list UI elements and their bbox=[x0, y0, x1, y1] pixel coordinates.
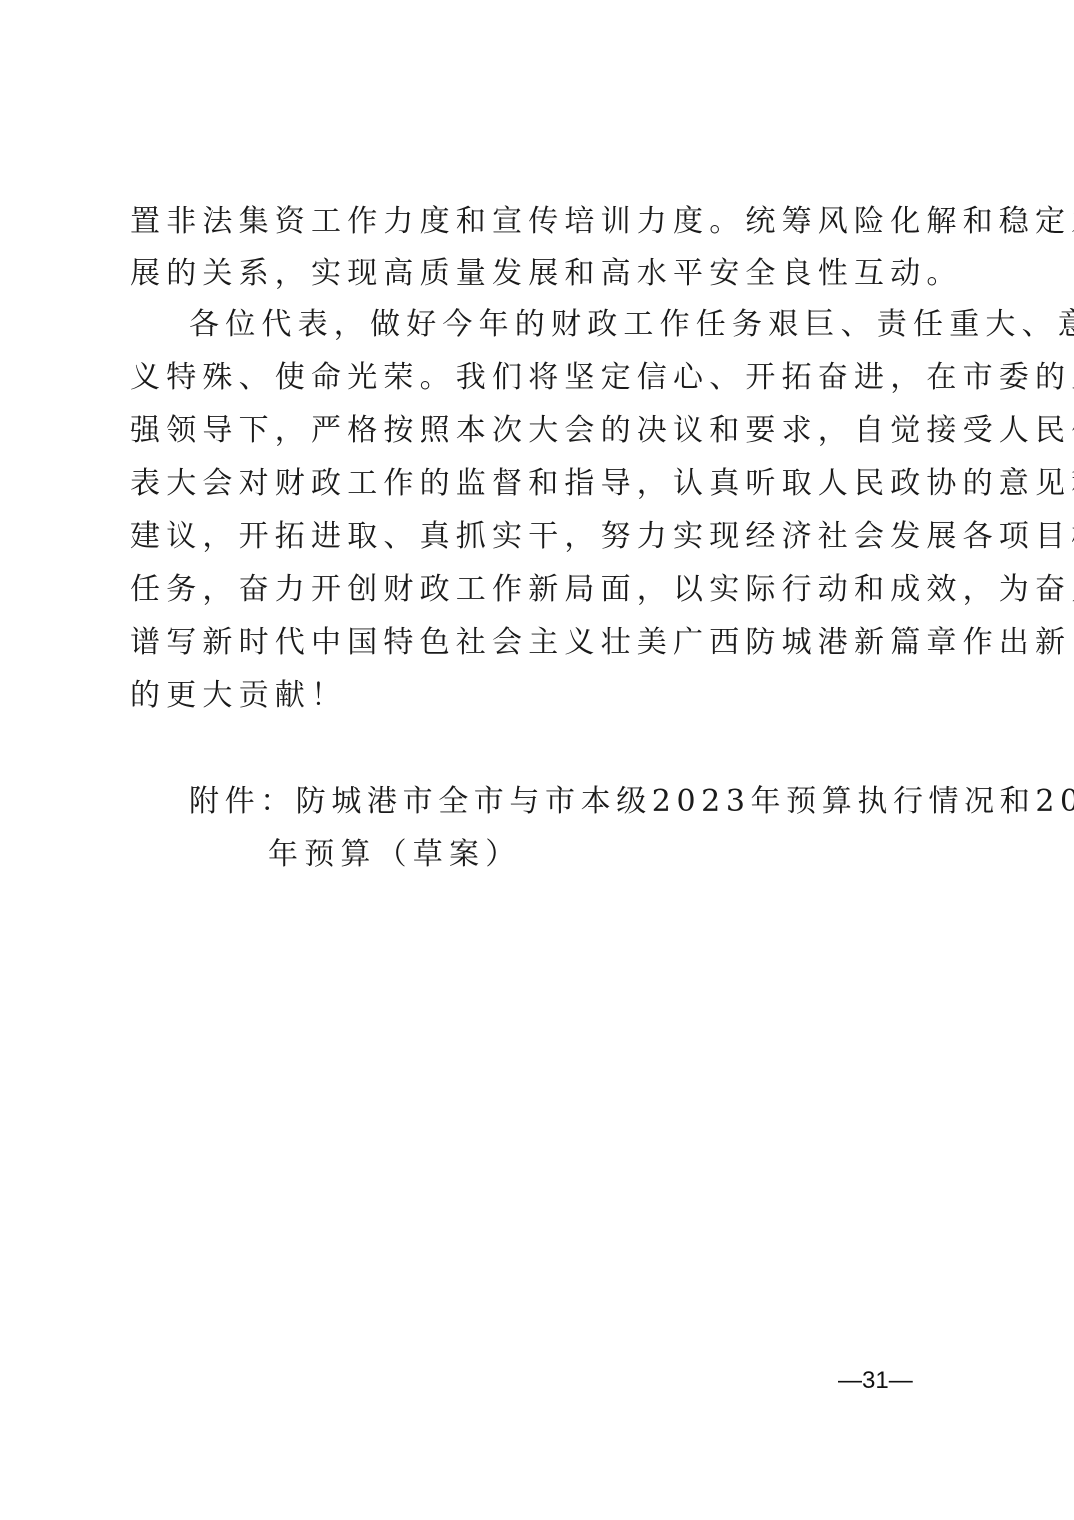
document-page: 置非法集资工作力度和宣传培训力度。统筹风险化解和稳定发 展的关系，实现高质量发展… bbox=[0, 0, 1074, 1520]
attachment-line-1: 附件：防城港市全市与市本级2023年预算执行情况和2024 bbox=[189, 784, 1074, 820]
paragraph-2-line-6: 任务，奋力开创财政工作新局面，以实际行动和成效，为奋力 bbox=[130, 572, 945, 608]
page-number: —31— bbox=[838, 1367, 913, 1395]
paragraph-1-line-2: 展的关系，实现高质量发展和高水平安全良性互动。 bbox=[130, 256, 945, 292]
attachment-line-2: 年预算（草案） bbox=[268, 837, 521, 873]
paragraph-2-line-7: 谱写新时代中国特色社会主义壮美广西防城港新篇章作出新 bbox=[130, 625, 945, 661]
paragraph-2-line-3: 强领导下，严格按照本次大会的决议和要求，自觉接受人民代 bbox=[130, 413, 945, 449]
paragraph-2-line-8: 的更大贡献！ bbox=[130, 678, 945, 714]
paragraph-2-line-5: 建议，开拓进取、真抓实干，努力实现经济社会发展各项目标 bbox=[130, 519, 945, 555]
paragraph-2-line-4: 表大会对财政工作的监督和指导，认真听取人民政协的意见和 bbox=[130, 466, 945, 502]
paragraph-1-line-1: 置非法集资工作力度和宣传培训力度。统筹风险化解和稳定发 bbox=[130, 204, 945, 240]
paragraph-2-line-1: 各位代表，做好今年的财政工作任务艰巨、责任重大、意 bbox=[189, 307, 945, 343]
paragraph-2-line-2: 义特殊、使命光荣。我们将坚定信心、开拓奋进，在市委的坚 bbox=[130, 360, 945, 396]
